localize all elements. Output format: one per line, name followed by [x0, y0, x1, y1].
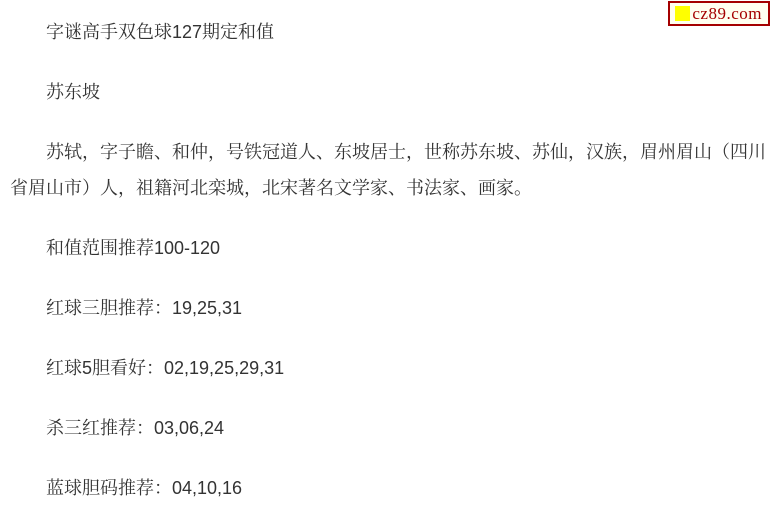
kill-3red-label: 杀三红推荐： — [46, 418, 154, 438]
logo-text: cz89.com — [692, 5, 762, 22]
blue-dan-value: 04,10,16 — [172, 478, 242, 498]
red-3dan-value: 19,25,31 — [172, 298, 242, 318]
kill-3red-line: 杀三红推荐：03,06,24 — [10, 410, 767, 446]
blue-dan-label: 蓝球胆码推荐： — [46, 478, 172, 498]
site-logo[interactable]: cz89.com — [668, 1, 770, 26]
article-title: 字谜高手双色球127期定和值 — [10, 14, 767, 50]
red-5dan-value: 02,19,25,29,31 — [164, 358, 284, 378]
red-5dan-label: 红球5胆看好： — [46, 358, 164, 378]
red-3dan-label: 红球三胆推荐： — [46, 298, 172, 318]
kill-3red-value: 03,06,24 — [154, 418, 224, 438]
article-content: 字谜高手双色球127期定和值 苏东坡 苏轼，字子瞻、和仲，号铁冠道人、东坡居士，… — [0, 0, 777, 506]
author-line: 苏东坡 — [10, 74, 767, 110]
article-page: cz89.com 字谜高手双色球127期定和值 苏东坡 苏轼，字子瞻、和仲，号铁… — [0, 0, 777, 516]
sum-range-line: 和值范围推荐100-120 — [10, 230, 767, 266]
author-bio: 苏轼，字子瞻、和仲，号铁冠道人、东坡居士，世称苏东坡、苏仙，汉族，眉州眉山（四川… — [10, 134, 767, 206]
blue-dan-line: 蓝球胆码推荐：04,10,16 — [10, 470, 767, 506]
logo-square-icon — [675, 6, 690, 21]
red-3dan-line: 红球三胆推荐：19,25,31 — [10, 290, 767, 326]
red-5dan-line: 红球5胆看好：02,19,25,29,31 — [10, 350, 767, 386]
